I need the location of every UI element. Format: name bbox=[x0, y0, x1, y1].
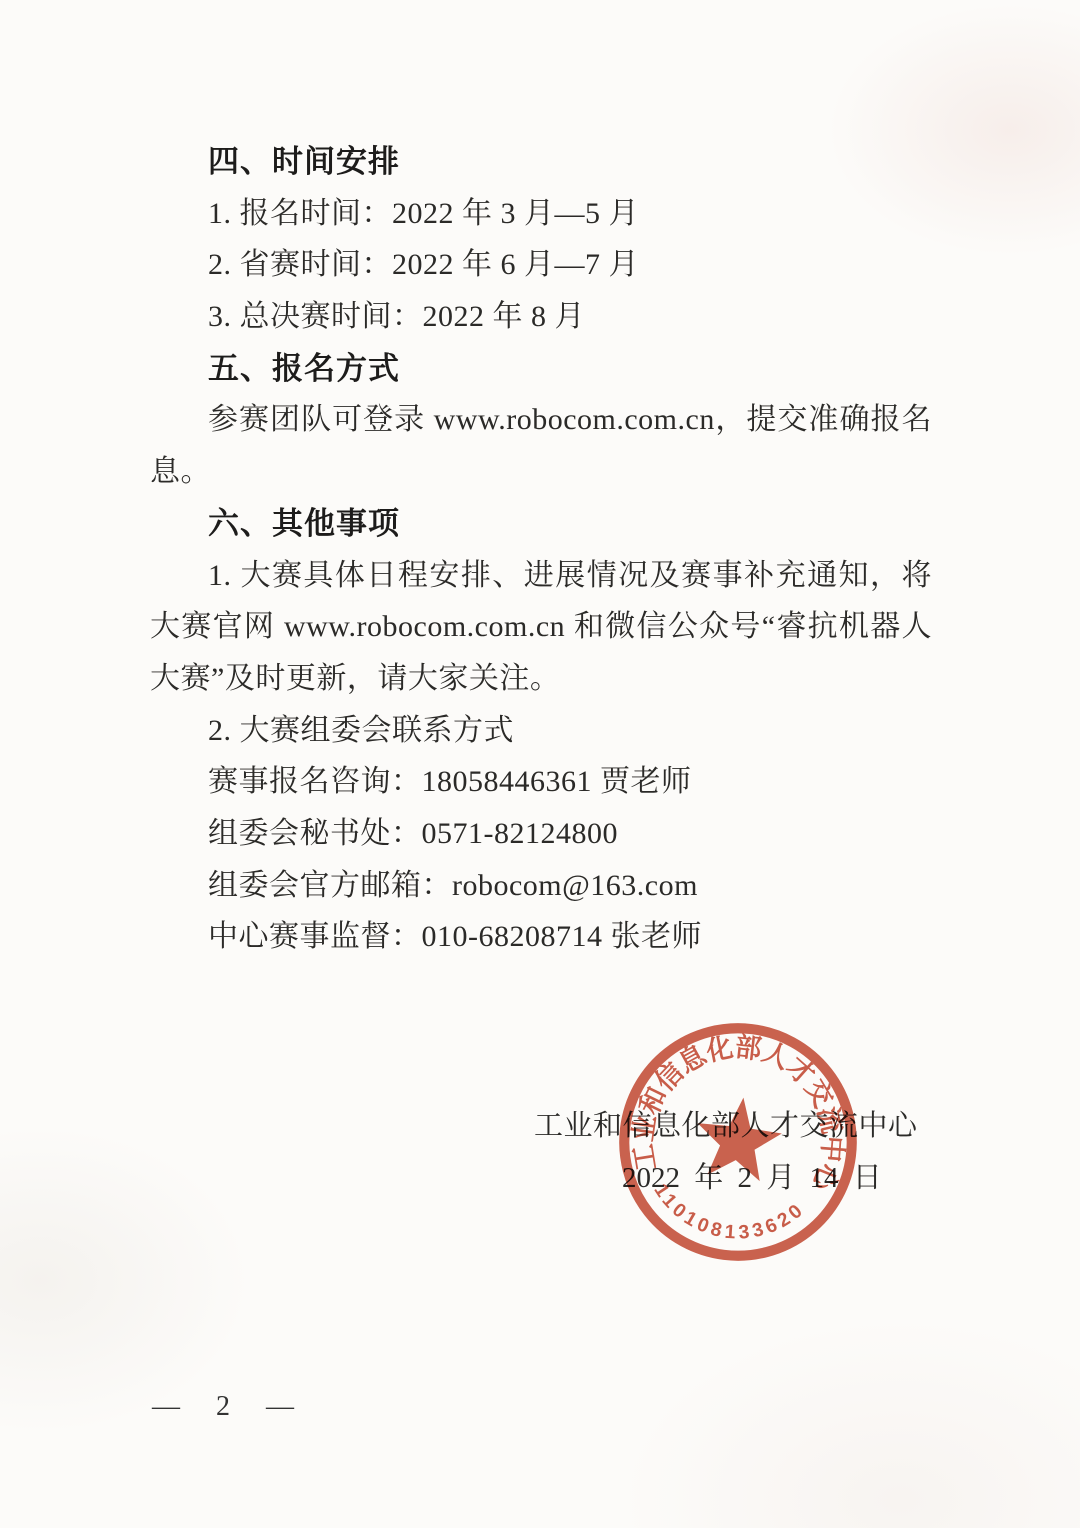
page-footer: — 2 — bbox=[152, 1390, 294, 1424]
section-heading-6-other-matters: 六、其他事项 bbox=[150, 498, 932, 550]
footer-page-number: 2 bbox=[216, 1390, 230, 1424]
committee-contact-heading: 2. 大赛组委会联系方式 bbox=[150, 705, 932, 757]
seal-star-icon bbox=[691, 1092, 785, 1183]
other-matters-paragraph-line-1: 1. 大赛具体日程安排、进展情况及赛事补充通知，将在 bbox=[150, 550, 932, 602]
schedule-item-final-time: 3. 总决赛时间：2022 年 8 月 bbox=[150, 291, 932, 343]
official-seal-stamp: 工业和信息化部人才交流中心 1101081336207 bbox=[591, 995, 885, 1289]
contact-registration-consult: 赛事报名咨询：18058446361 贾老师 bbox=[150, 756, 932, 808]
footer-left-dash: — bbox=[152, 1390, 180, 1424]
schedule-item-provincial-time: 2. 省赛时间：2022 年 6 月—7 月 bbox=[150, 239, 932, 291]
other-matters-paragraph-line-2: 大赛官网 www.robocom.com.cn 和微信公众号“睿抗机器人 bbox=[150, 601, 932, 653]
registration-paragraph-line-2: 息。 bbox=[150, 446, 932, 498]
section-heading-5-registration: 五、报名方式 bbox=[150, 343, 932, 395]
section-heading-4-time-schedule: 四、时间安排 bbox=[150, 136, 932, 188]
contact-event-supervision: 中心赛事监督：010-68208714 张老师 bbox=[150, 911, 932, 963]
document-page: { "document": { "body_lines": [ {"text":… bbox=[0, 0, 1080, 1528]
contact-secretariat: 组委会秘书处：0571-82124800 bbox=[150, 808, 932, 860]
footer-right-dash: — bbox=[266, 1390, 294, 1424]
document-body: 四、时间安排 1. 报名时间：2022 年 3 月—5 月 2. 省赛时间：20… bbox=[150, 136, 932, 963]
other-matters-paragraph-line-3: 大赛”及时更新，请大家关注。 bbox=[150, 653, 932, 705]
registration-paragraph-line-1: 参赛团队可登录 www.robocom.com.cn，提交准确报名信 bbox=[150, 394, 932, 446]
contact-official-email: 组委会官方邮箱：robocom@163.com bbox=[150, 860, 932, 912]
schedule-item-registration-time: 1. 报名时间：2022 年 3 月—5 月 bbox=[150, 188, 932, 240]
